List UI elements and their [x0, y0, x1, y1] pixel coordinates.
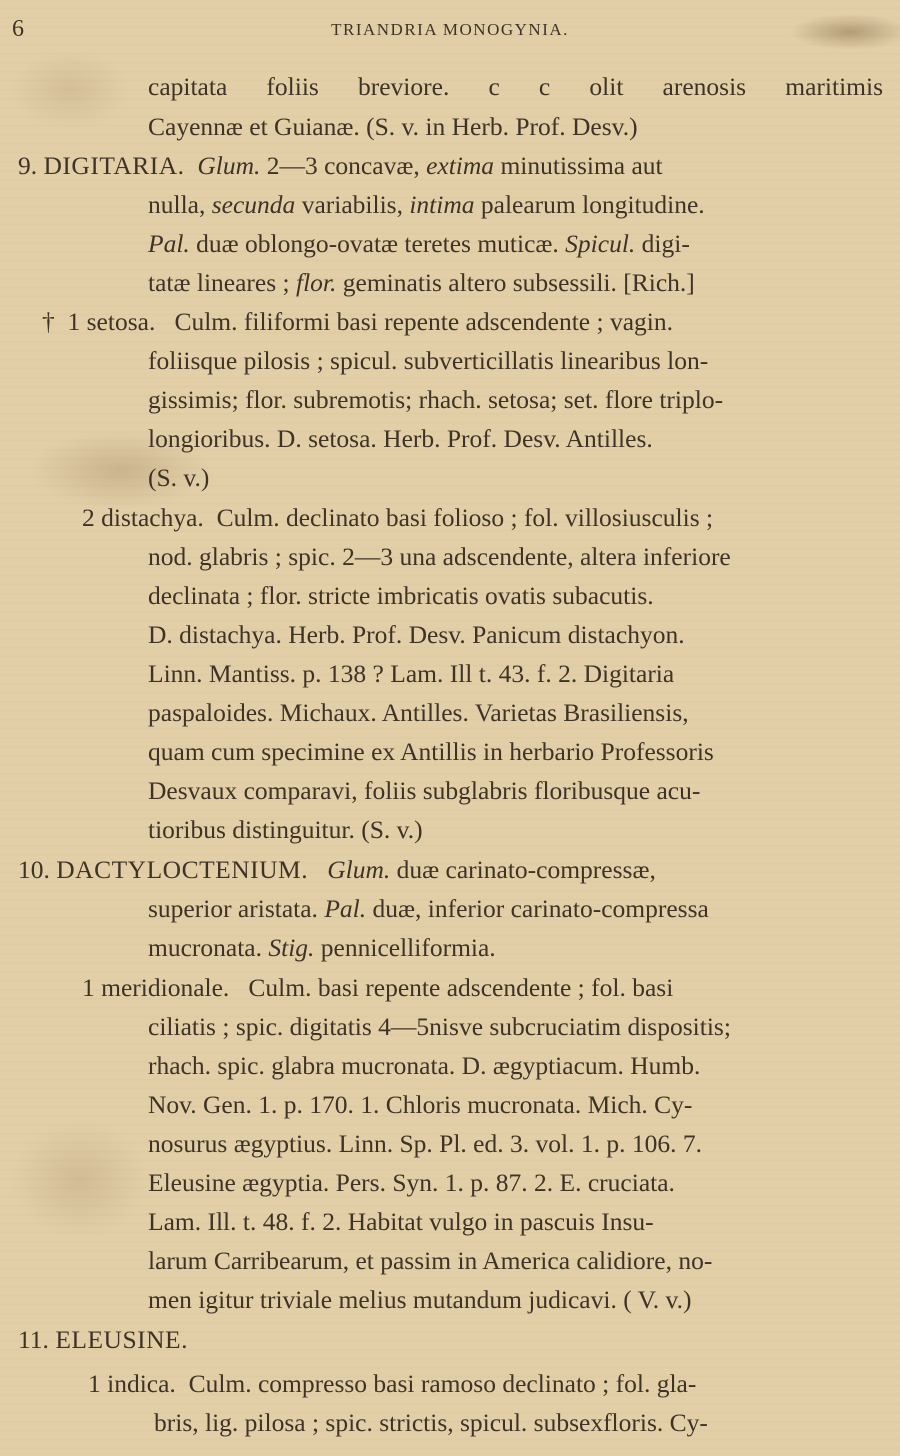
- text: superior aristata.: [148, 894, 324, 923]
- text: duæ, inferior carinato-compressa: [366, 894, 709, 923]
- genus-description: 2—3 concavæ,: [260, 151, 426, 180]
- genus-name: DIGITARIA.: [44, 151, 185, 180]
- abbrev: Stig.: [268, 933, 314, 962]
- species-line: Desvaux comparavi, foliis subglabris flo…: [148, 776, 700, 806]
- species-line: longioribus. D. setosa. Herb. Prof. Desv…: [148, 424, 653, 454]
- genus-heading-eleusine: 11. ELEUSINE.: [18, 1325, 188, 1355]
- text: nulla,: [148, 190, 212, 219]
- species-line: (S. v.): [148, 463, 209, 493]
- abbrev: Pal.: [148, 229, 190, 258]
- species-entry-indica: 1 indica. Culm. compresso basi ramoso de…: [88, 1369, 696, 1399]
- species-line: bris, lig. pilosa ; spic. strictis, spic…: [154, 1408, 708, 1438]
- abbrev: flor.: [296, 268, 336, 297]
- genus-heading-digitaria: 9. DIGITARIA. Glum. 2—3 concavæ, extima …: [18, 151, 663, 181]
- species-line: D. distachya. Herb. Prof. Desv. Panicum …: [148, 620, 685, 650]
- species-line: Culm. filiformi basi repente adscendente…: [174, 307, 673, 336]
- species-line: Lam. Ill. t. 48. f. 2. Habitat vulgo in …: [148, 1207, 654, 1237]
- page-header: 6 TRIANDRIA MONOGYNIA.: [0, 14, 900, 44]
- species-line: paspaloides. Michaux. Antilles. Varietas…: [148, 698, 689, 728]
- genus-description-line: mucronata. Stig. pennicelliformia.: [148, 933, 496, 963]
- genus-number: 10.: [18, 855, 50, 884]
- text: mucronata.: [148, 933, 268, 962]
- species-line: men igitur triviale melius mutandum judi…: [148, 1285, 691, 1315]
- genus-number: 11.: [18, 1325, 49, 1354]
- species-number: 2: [82, 503, 95, 532]
- species-name: indica.: [107, 1369, 176, 1398]
- book-page: 6 TRIANDRIA MONOGYNIA. capitata foliis b…: [0, 0, 900, 1456]
- species-line: foliisque pilosis ; spicul. subverticill…: [148, 346, 708, 376]
- species-line: ciliatis ; spic. digitatis 4—5nisve subc…: [148, 1012, 731, 1042]
- species-line: Culm. basi repente adscendente ; fol. ba…: [248, 973, 673, 1002]
- species-line: Nov. Gen. 1. p. 170. 1. Chloris mucronat…: [148, 1090, 692, 1120]
- species-name: distachya.: [101, 503, 204, 532]
- genus-description: duæ carinato-compressæ,: [390, 855, 656, 884]
- species-line: Linn. Mantiss. p. 138 ? Lam. Ill t. 43. …: [148, 659, 674, 689]
- genus-description-line: superior aristata. Pal. duæ, inferior ca…: [148, 894, 709, 924]
- text: duæ oblongo-ovatæ teretes muticæ.: [190, 229, 565, 258]
- genus-name: ELEUSINE.: [55, 1325, 188, 1354]
- text: digi-: [635, 229, 690, 258]
- species-entry-meridionale: 1 meridionale. Culm. basi repente adscen…: [82, 973, 673, 1003]
- abbrev: Glum.: [327, 855, 390, 884]
- genus-heading-dactyloctenium: 10. DACTYLOCTENIUM. Glum. duæ carinato-c…: [18, 855, 656, 885]
- species-line: nod. glabris ; spic. 2—3 una adscendente…: [148, 542, 731, 572]
- species-line: Eleusine ægyptia. Pers. Syn. 1. p. 87. 2…: [148, 1168, 675, 1198]
- abbrev: Glum.: [197, 151, 260, 180]
- species-line: tioribus distinguitur. (S. v.): [148, 815, 423, 845]
- species-line: nosurus ægyptius. Linn. Sp. Pl. ed. 3. v…: [148, 1129, 702, 1159]
- genus-description: minutissima aut: [494, 151, 663, 180]
- species-entry-setosa: † 1 setosa. Culm. filiformi basi repente…: [42, 307, 673, 337]
- genus-description-line: Pal. duæ oblongo-ovatæ teretes muticæ. S…: [148, 229, 690, 259]
- species-number: 1: [82, 973, 95, 1002]
- species-line: rhach. spic. glabra mucronata. D. ægypti…: [148, 1051, 700, 1081]
- species-line: declinata ; flor. stricte imbricatis ova…: [148, 581, 654, 611]
- text: tatæ lineares ;: [148, 268, 296, 297]
- text: variabilis,: [295, 190, 409, 219]
- abbrev: secunda: [212, 190, 296, 219]
- species-name: meridionale.: [101, 973, 229, 1002]
- text: palearum longitudine.: [475, 190, 705, 219]
- genus-description-line: nulla, secunda variabilis, intima palear…: [148, 190, 705, 220]
- genus-number: 9.: [18, 151, 37, 180]
- abbrev: Pal.: [324, 894, 366, 923]
- species-line: gissimis; flor. subremotis; rhach. setos…: [148, 385, 723, 415]
- genus-description-line: tatæ lineares ; flor. geminatis altero s…: [148, 268, 695, 298]
- text: geminatis altero subsessili. [Rich.]: [336, 268, 694, 297]
- abbrev: extima: [426, 151, 494, 180]
- species-line: Culm. declinato basi folioso ; fol. vill…: [217, 503, 714, 532]
- running-head: TRIANDRIA MONOGYNIA.: [0, 20, 900, 40]
- text: pennicelliformia.: [314, 933, 495, 962]
- species-number: 1: [88, 1369, 101, 1398]
- species-number: 1: [68, 307, 81, 336]
- species-name: setosa.: [87, 307, 156, 336]
- abbrev: intima: [409, 190, 474, 219]
- dagger-icon: †: [42, 307, 55, 336]
- abbrev: Spicul.: [565, 229, 635, 258]
- species-line: larum Carribearum, et passim in America …: [148, 1246, 712, 1276]
- continuation-line: capitata foliis breviore. c c olit areno…: [148, 72, 883, 102]
- species-line: Culm. compresso basi ramoso declinato ; …: [189, 1369, 697, 1398]
- species-line: quam cum specimine ex Antillis in herbar…: [148, 737, 714, 767]
- continuation-line: Cayennæ et Guianæ. (S. v. in Herb. Prof.…: [148, 112, 638, 142]
- species-entry-distachya: 2 distachya. Culm. declinato basi folios…: [82, 503, 713, 533]
- genus-name: DACTYLOCTENIUM.: [56, 855, 308, 884]
